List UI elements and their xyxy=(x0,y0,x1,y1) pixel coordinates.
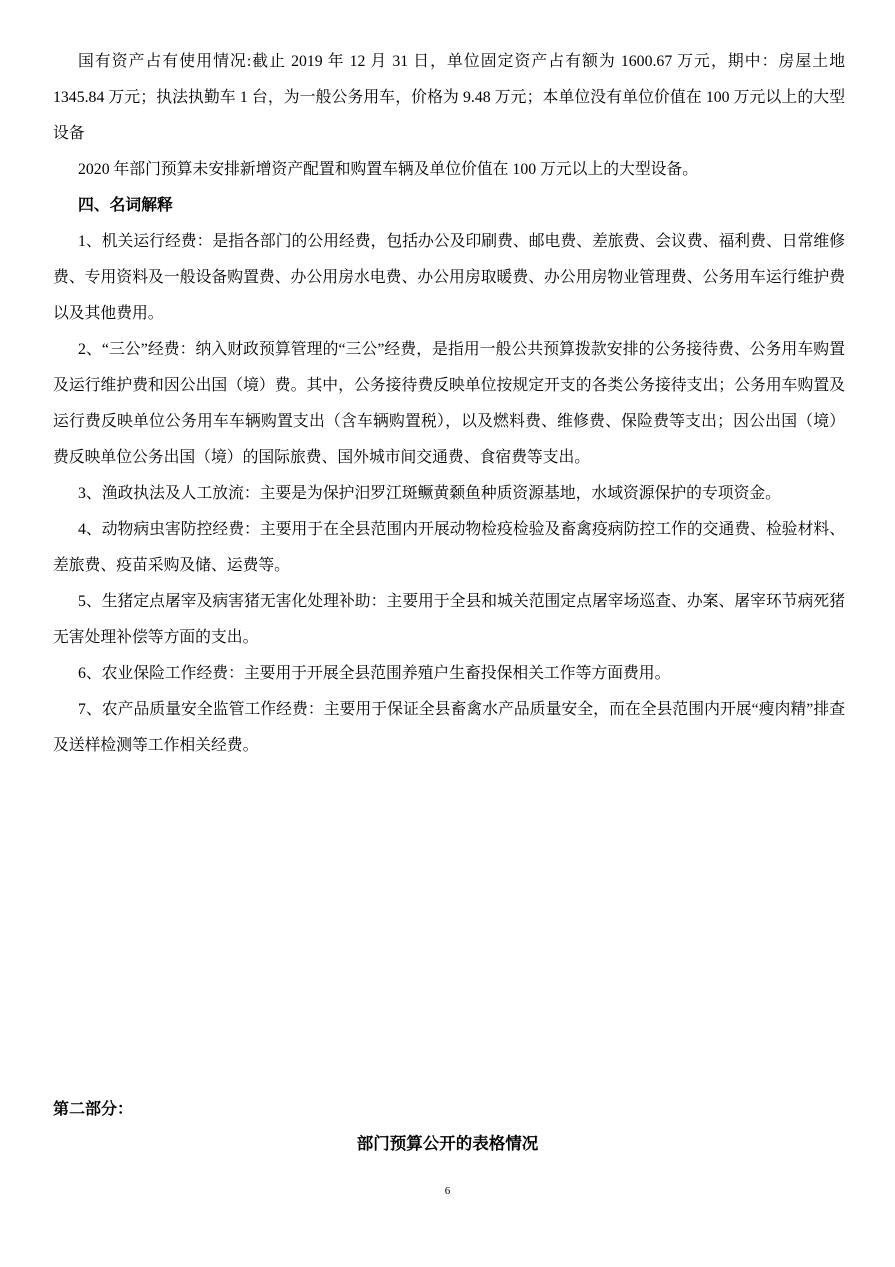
document-body: 国有资产占有使用情况:截止 2019 年 12 月 31 日，单位固定资产占有额… xyxy=(53,44,845,764)
paragraph-2020-budget: 2020 年部门预算未安排新增资产配置和购置车辆及单位价值在 100 万元以上的… xyxy=(53,152,845,188)
section-heading-glossary: 四、名词解释 xyxy=(53,188,845,224)
term-item-6: 6、农业保险工作经费：主要用于开展全县范围养殖户生畜投保相关工作等方面费用。 xyxy=(53,656,845,692)
document-page: 国有资产占有使用情况:截止 2019 年 12 月 31 日，单位固定资产占有额… xyxy=(0,0,895,1267)
paragraph-asset-usage: 国有资产占有使用情况:截止 2019 年 12 月 31 日，单位固定资产占有额… xyxy=(53,44,845,152)
tables-section-title: 部门预算公开的表格情况 xyxy=(0,1132,895,1156)
page-number: 6 xyxy=(0,1184,895,1198)
term-item-5: 5、生猪定点屠宰及病害猪无害化处理补助：主要用于全县和城关范围定点屠宰场巡查、办… xyxy=(53,584,845,656)
part-two-label: 第二部分： xyxy=(53,1098,133,1122)
term-item-3: 3、渔政执法及人工放流：主要是为保护汨罗江斑鳜黄颡鱼种质资源基地，水域资源保护的… xyxy=(53,476,845,512)
term-item-4: 4、动物病虫害防控经费：主要用于在全县范围内开展动物检疫检验及畜禽疫病防控工作的… xyxy=(53,512,845,584)
term-item-1: 1、机关运行经费：是指各部门的公用经费，包括办公及印刷费、邮电费、差旅费、会议费… xyxy=(53,224,845,332)
term-item-7: 7、农产品质量安全监管工作经费：主要用于保证全县畜禽水产品质量安全，而在全县范围… xyxy=(53,692,845,764)
term-item-2: 2、“三公”经费：纳入财政预算管理的“三公”经费，是指用一般公共预算拨款安排的公… xyxy=(53,332,845,476)
